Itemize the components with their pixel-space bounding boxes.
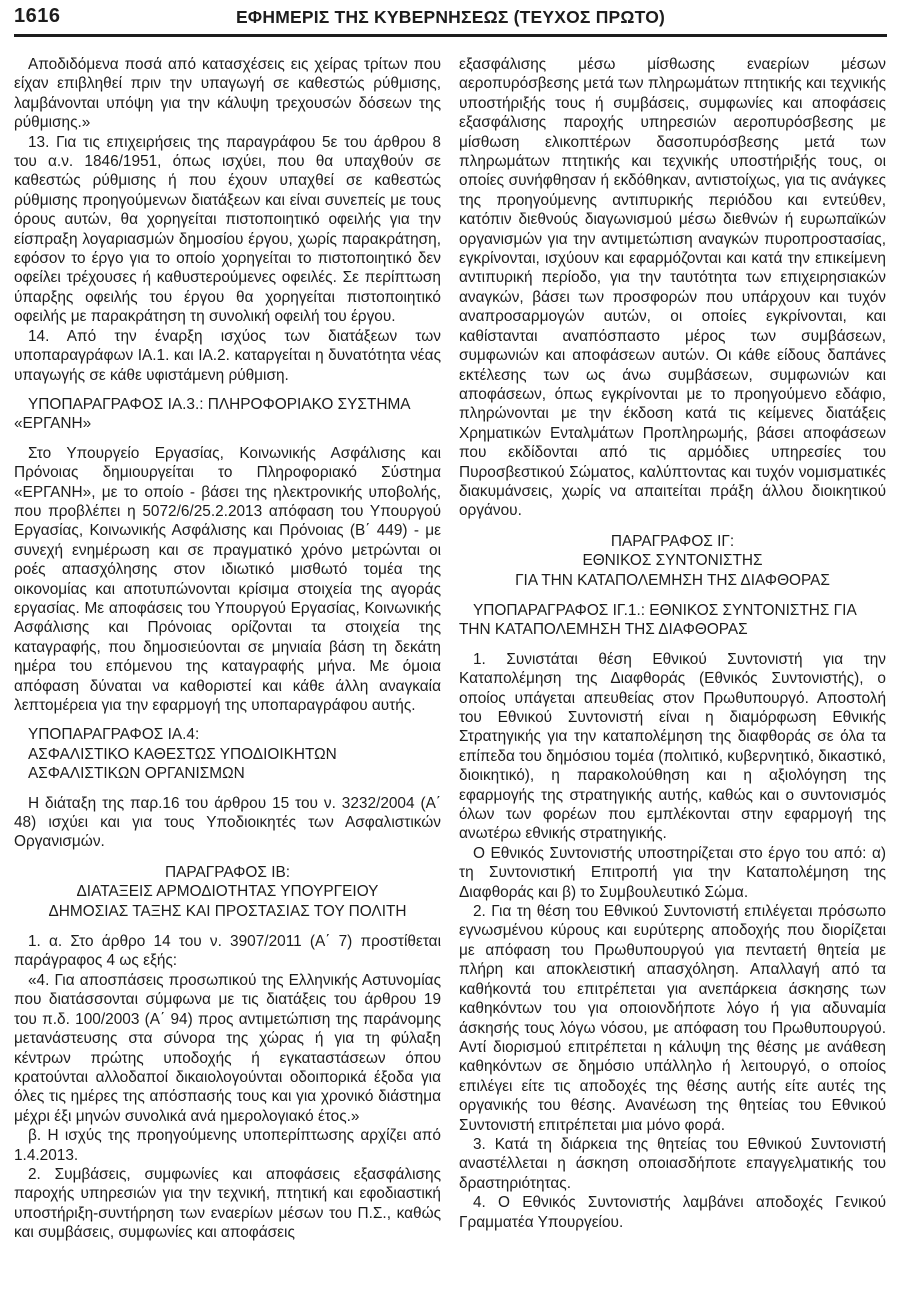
paragraph: «4. Για αποσπάσεις προσωπικού της Ελληνι… — [14, 971, 441, 1126]
paragraph: 1. Συνιστάται θέση Εθνικού Συντονιστή γι… — [459, 650, 886, 844]
paragraph: 1. α. Στο άρθρο 14 του ν. 3907/2011 (Α΄ … — [14, 932, 441, 971]
paragraph: 2. Συμβάσεις, συμφωνίες και αποφάσεις εξ… — [14, 1165, 441, 1243]
subparagraph-heading-ia4: ΥΠΟΠΑΡΑΓΡΑΦΟΣ ΙΑ.4: ΑΣΦΑΛΙΣΤΙΚΟ ΚΑΘΕΣΤΩΣ… — [14, 725, 441, 783]
right-column: εξασφάλισης μέσω μίσθωσης εναερίων μέσων… — [459, 55, 886, 1243]
paragraph: Αποδιδόμενα ποσά από κατασχέσεις εις χεί… — [14, 55, 441, 133]
left-column: Αποδιδόμενα ποσά από κατασχέσεις εις χεί… — [14, 55, 441, 1243]
paragraph: 14. Από την έναρξη ισχύος των διατάξεων … — [14, 327, 441, 385]
paragraph: Στο Υπουργείο Εργασίας, Κοινωνικής Ασφάλ… — [14, 444, 441, 716]
paragraph-heading-ig: ΠΑΡΑΓΡΑΦΟΣ ΙΓ: ΕΘΝΙΚΟΣ ΣΥΝΤΟΝΙΣΤΗΣ ΓΙΑ Τ… — [459, 532, 886, 590]
paragraph: 2. Για τη θέση του Εθνικού Συντονιστή επ… — [459, 902, 886, 1135]
page-title: ΕΦΗΜΕΡΙΣ ΤΗΣ ΚΥΒΕΡΝΗΣΕΩΣ (ΤΕΥΧΟΣ ΠΡΩΤΟ) — [14, 0, 887, 28]
paragraph: 13. Για τις επιχειρήσεις της παραγράφου … — [14, 133, 441, 327]
paragraph: 3. Κατά τη διάρκεια της θητείας του Εθνι… — [459, 1135, 886, 1193]
paragraph: Ο Εθνικός Συντονιστής υποστηρίζεται στο … — [459, 844, 886, 902]
page-header: 1616 ΕΦΗΜΕΡΙΣ ΤΗΣ ΚΥΒΕΡΝΗΣΕΩΣ (ΤΕΥΧΟΣ ΠΡ… — [14, 0, 887, 37]
paragraph: 4. Ο Εθνικός Συντονιστής λαμβάνει αποδοχ… — [459, 1193, 886, 1232]
subparagraph-heading-ig1: ΥΠΟΠΑΡΑΓΡΑΦΟΣ ΙΓ.1.: ΕΘΝΙΚΟΣ ΣΥΝΤΟΝΙΣΤΗΣ… — [459, 601, 886, 640]
page-number: 1616 — [14, 5, 61, 28]
paragraph: β. Η ισχύς της προηγούμενης υποπερίπτωση… — [14, 1126, 441, 1165]
paragraph-continuation: εξασφάλισης μέσω μίσθωσης εναερίων μέσων… — [459, 55, 886, 521]
paragraph: Η διάταξη της παρ.16 του άρθρου 15 του ν… — [14, 794, 441, 852]
subparagraph-heading-ia3: ΥΠΟΠΑΡΑΓΡΑΦΟΣ ΙΑ.3.: ΠΛΗΡΟΦΟΡΙΑΚΟ ΣΥΣΤΗΜ… — [14, 395, 441, 434]
gazette-page: 1616 ΕΦΗΜΕΡΙΣ ΤΗΣ ΚΥΒΕΡΝΗΣΕΩΣ (ΤΕΥΧΟΣ ΠΡ… — [0, 0, 900, 1243]
paragraph-heading-ib: ΠΑΡΑΓΡΑΦΟΣ ΙΒ: ΔΙΑΤΑΞΕΙΣ ΑΡΜΟΔΙΟΤΗΤΑΣ ΥΠ… — [14, 863, 441, 921]
two-column-body: Αποδιδόμενα ποσά από κατασχέσεις εις χεί… — [14, 37, 887, 1243]
